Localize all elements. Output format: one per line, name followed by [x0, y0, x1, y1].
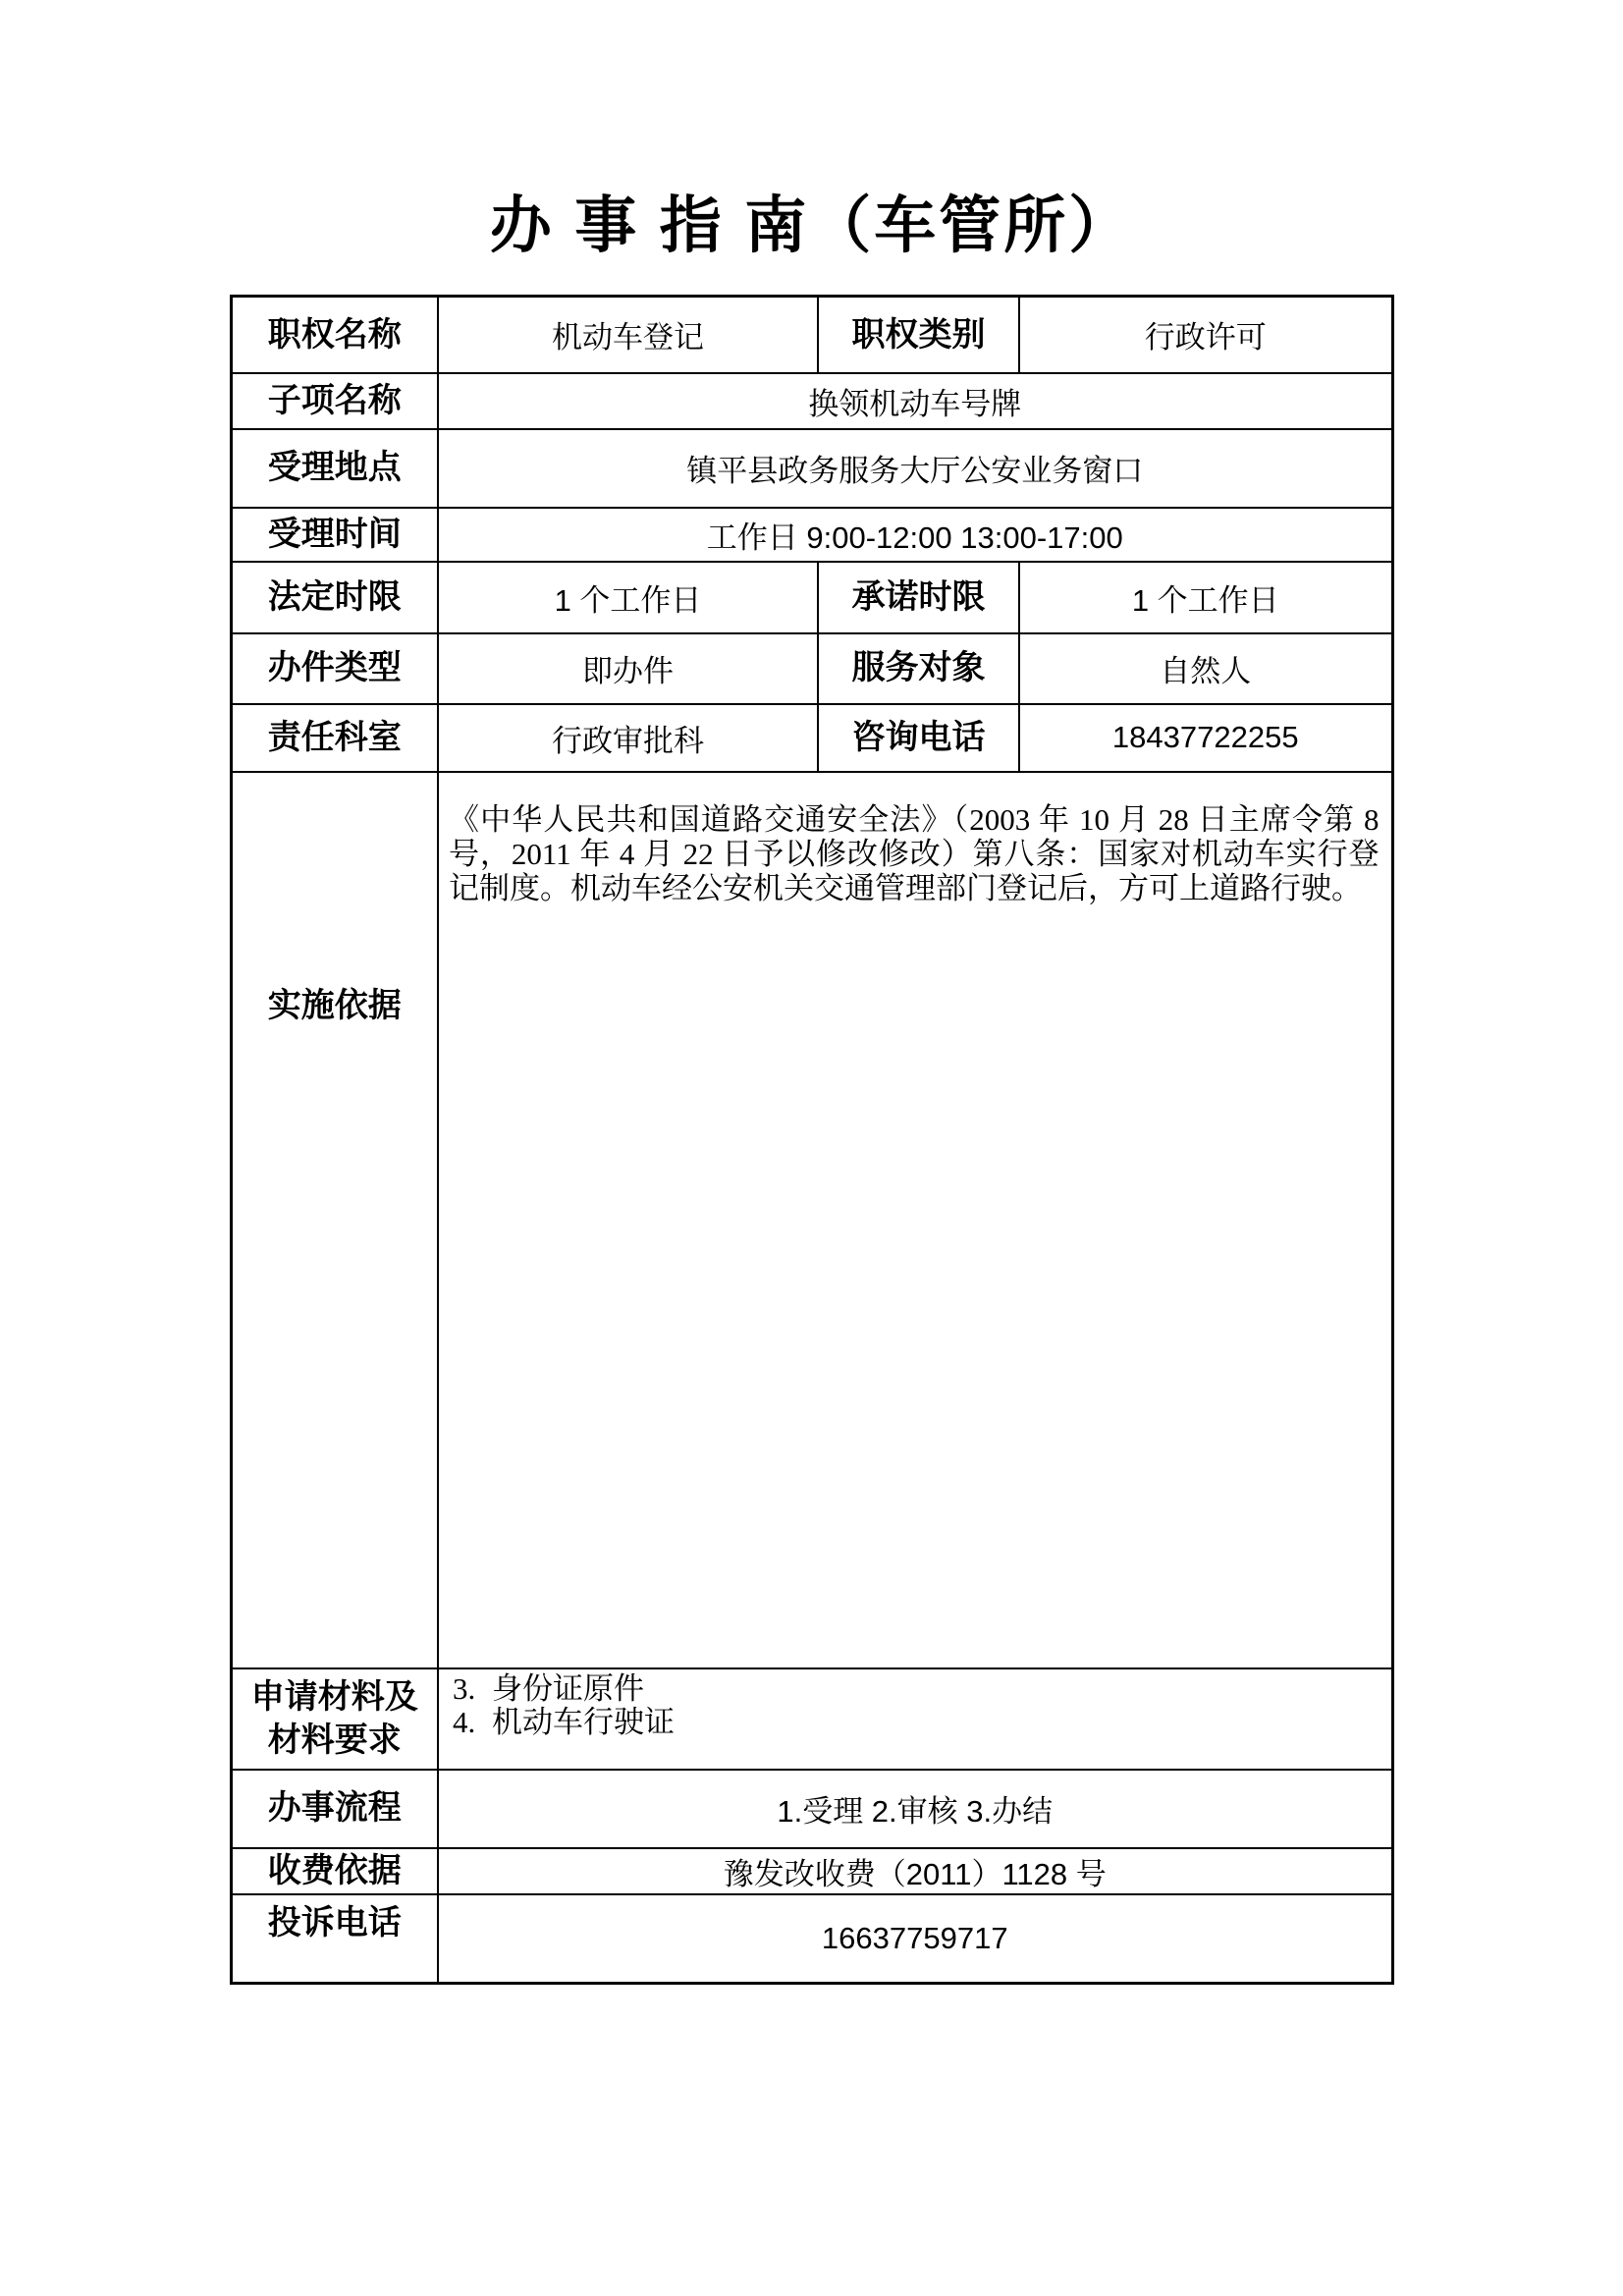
basis-value: 《中华人民共和国道路交通安全法》（2003 年 10 月 28 日主席令第 8 … [438, 772, 1392, 1668]
row-complaint-phone: 投诉电话 16637759717 [231, 1894, 1392, 1984]
consult-phone-label: 咨询电话 [818, 704, 1019, 772]
materials-item-2-text: 机动车行驶证 [492, 1705, 675, 1739]
accept-time-value: 工作日 9:00-12:00 13:00-17:00 [438, 508, 1392, 562]
document-page: 办 事 指 南（车管所） 职权名称 机动车登记 职权类别 行政许可 子项名称 换… [0, 0, 1623, 2296]
accept-time-label: 受理时间 [231, 508, 438, 562]
materials-item-2-marker: 4. [453, 1706, 492, 1739]
materials-value: 3.身份证原件 4.机动车行驶证 [438, 1668, 1392, 1770]
promise-limit-value: 1 个工作日 [1019, 562, 1392, 633]
fee-basis-value: 豫发改收费（2011）1128 号 [438, 1848, 1392, 1894]
process-value: 1.受理 2.审核 3.办结 [438, 1770, 1392, 1848]
materials-item-1: 3.身份证原件 [453, 1672, 1391, 1706]
row-department: 责任科室 行政审批科 咨询电话 18437722255 [231, 704, 1392, 772]
basis-label: 实施依据 [231, 772, 438, 1668]
row-accept-time: 受理时间 工作日 9:00-12:00 13:00-17:00 [231, 508, 1392, 562]
page-title: 办 事 指 南（车管所） [0, 0, 1623, 259]
row-authority: 职权名称 机动车登记 职权类别 行政许可 [231, 297, 1392, 373]
location-label: 受理地点 [231, 429, 438, 508]
authority-type-label: 职权类别 [818, 297, 1019, 373]
authority-name-label: 职权名称 [231, 297, 438, 373]
row-subitem: 子项名称 换领机动车号牌 [231, 373, 1392, 429]
row-time-limits: 法定时限 1 个工作日 承诺时限 1 个工作日 [231, 562, 1392, 633]
item-type-label: 办件类型 [231, 633, 438, 704]
subitem-value: 换领机动车号牌 [438, 373, 1392, 429]
service-target-value: 自然人 [1019, 633, 1392, 704]
service-guide-table: 职权名称 机动车登记 职权类别 行政许可 子项名称 换领机动车号牌 受理地点 镇… [230, 295, 1394, 1985]
department-value: 行政审批科 [438, 704, 818, 772]
promise-limit-label: 承诺时限 [818, 562, 1019, 633]
row-basis: 实施依据 《中华人民共和国道路交通安全法》（2003 年 10 月 28 日主席… [231, 772, 1392, 1668]
location-value: 镇平县政务服务大厅公安业务窗口 [438, 429, 1392, 508]
item-type-value: 即办件 [438, 633, 818, 704]
row-fee-basis: 收费依据 豫发改收费（2011）1128 号 [231, 1848, 1392, 1894]
authority-type-value: 行政许可 [1019, 297, 1392, 373]
complaint-phone-value: 16637759717 [438, 1894, 1392, 1984]
complaint-phone-label: 投诉电话 [231, 1894, 438, 1984]
fee-basis-label: 收费依据 [231, 1848, 438, 1894]
legal-limit-value: 1 个工作日 [438, 562, 818, 633]
row-process: 办事流程 1.受理 2.审核 3.办结 [231, 1770, 1392, 1848]
row-location: 受理地点 镇平县政务服务大厅公安业务窗口 [231, 429, 1392, 508]
subitem-label: 子项名称 [231, 373, 438, 429]
materials-item-2: 4.机动车行驶证 [453, 1706, 1391, 1739]
row-item-type: 办件类型 即办件 服务对象 自然人 [231, 633, 1392, 704]
process-label: 办事流程 [231, 1770, 438, 1848]
materials-label: 申请材料及 材料要求 [231, 1668, 438, 1770]
department-label: 责任科室 [231, 704, 438, 772]
service-target-label: 服务对象 [818, 633, 1019, 704]
consult-phone-value: 18437722255 [1019, 704, 1392, 772]
authority-name-value: 机动车登记 [438, 297, 818, 373]
materials-item-1-marker: 3. [453, 1672, 492, 1706]
materials-item-1-text: 身份证原件 [492, 1671, 644, 1706]
legal-limit-label: 法定时限 [231, 562, 438, 633]
row-materials: 申请材料及 材料要求 3.身份证原件 4.机动车行驶证 [231, 1668, 1392, 1770]
